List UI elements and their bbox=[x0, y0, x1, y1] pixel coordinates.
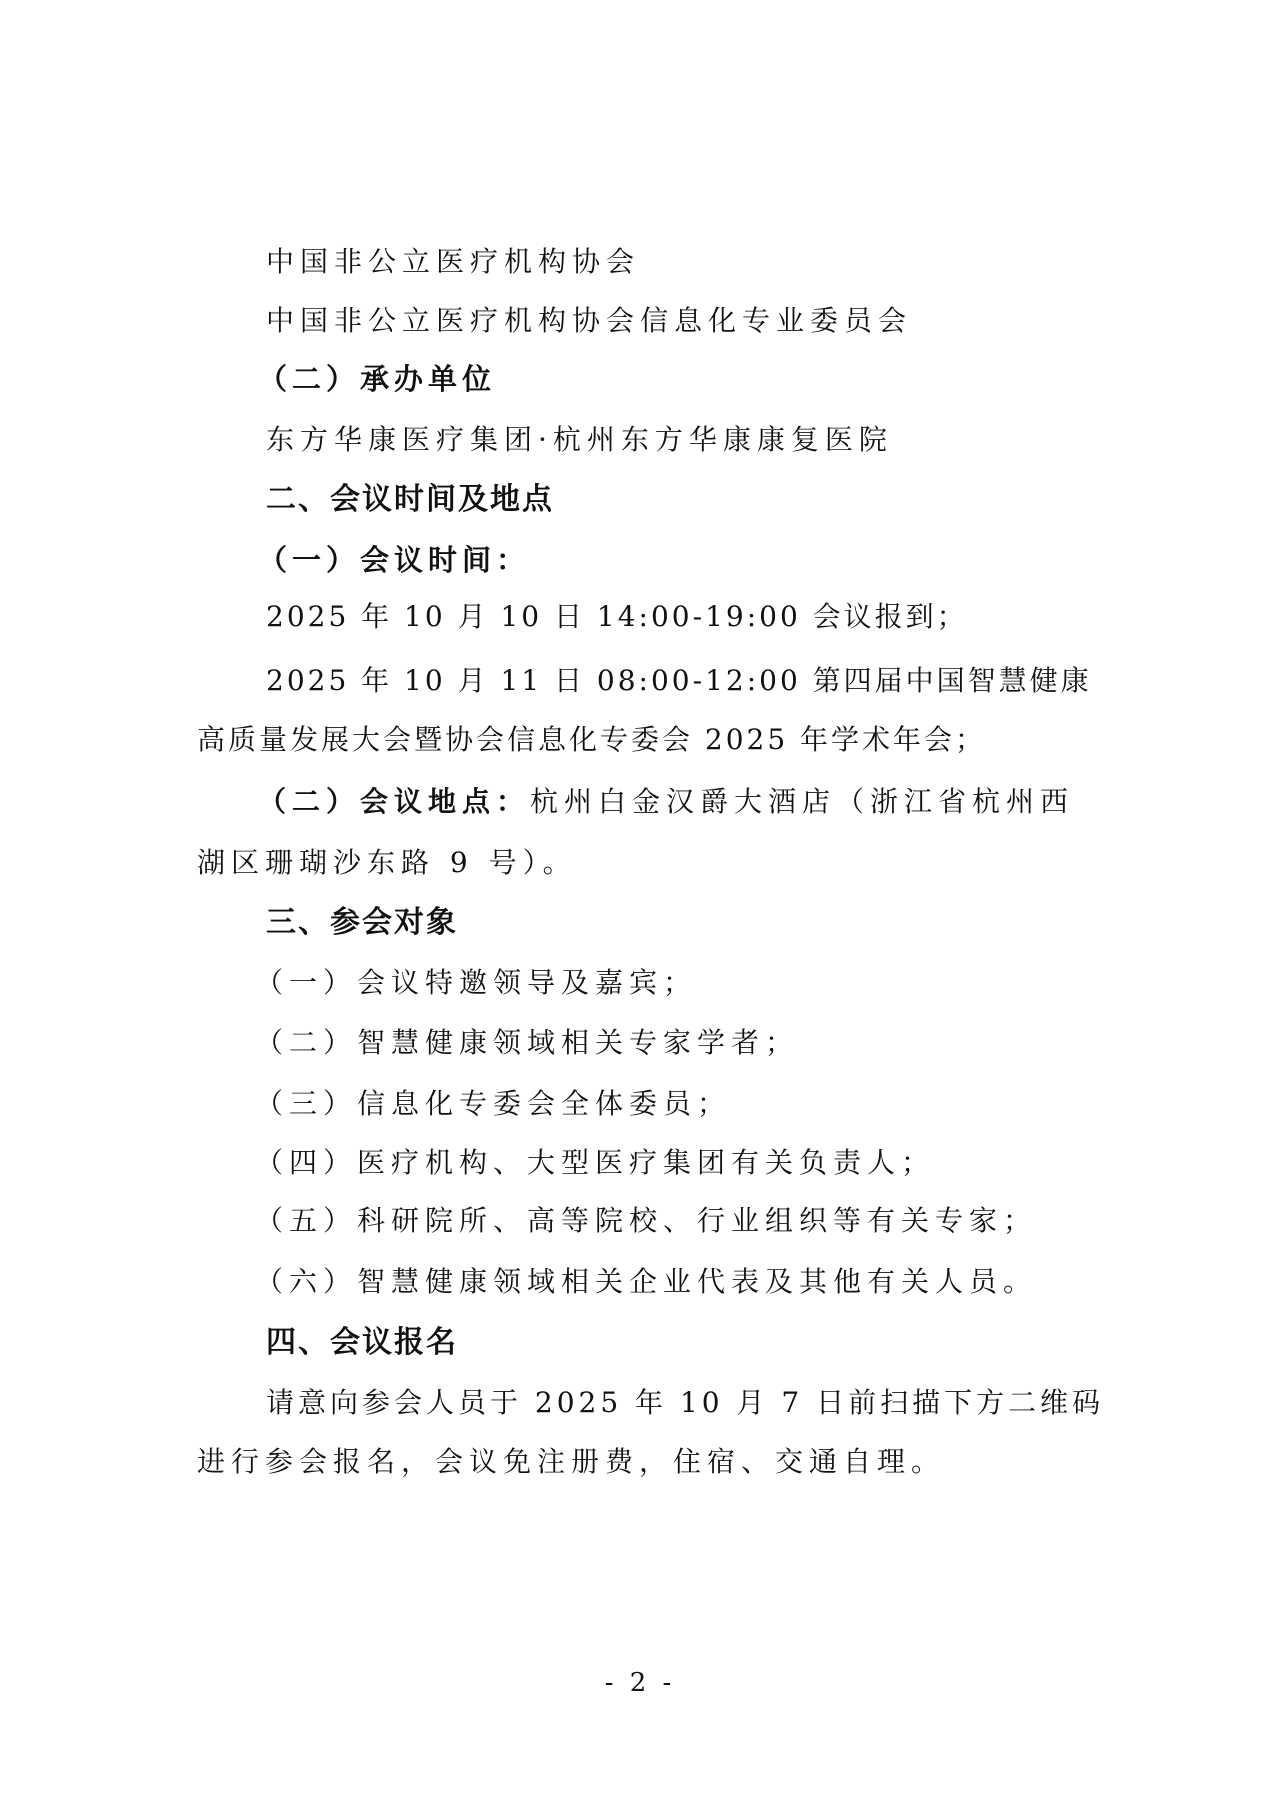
meeting-time-heading: （一）会议时间： bbox=[258, 540, 530, 580]
sponsor-line-1: 中国非公立医疗机构协会 bbox=[266, 242, 640, 282]
section2-heading: 二、会议时间及地点 bbox=[266, 480, 554, 520]
section4-heading: 四、会议报名 bbox=[266, 1323, 458, 1363]
attendee-item: （一）会议特邀领导及嘉宾； bbox=[255, 963, 697, 1003]
registration-paragraph-line-2: 进行参会报名，会议免注册费，住宿、交通自理。 bbox=[197, 1442, 945, 1482]
section3-heading: 三、参会对象 bbox=[266, 903, 458, 943]
meeting-venue-line-1: （二）会议地点：杭州白金汉爵大酒店（浙江省杭州西 bbox=[258, 782, 1074, 822]
registration-paragraph-line-1: 请意向参会人员于 2025 年 10 月 7 日前扫描下方二维码 bbox=[266, 1383, 1104, 1423]
attendee-item: （三）信息化专委会全体委员； bbox=[255, 1084, 731, 1124]
meeting-venue-text: 杭州白金汉爵大酒店（浙江省杭州西 bbox=[530, 785, 1074, 818]
meeting-venue-label: （二）会议地点： bbox=[258, 785, 530, 818]
attendee-item: （六）智慧健康领域相关企业代表及其他有关人员。 bbox=[255, 1262, 1037, 1302]
document-page: 中国非公立医疗机构协会 中国非公立医疗机构协会信息化专业委员会 （二）承办单位 … bbox=[0, 0, 1280, 1810]
meeting-time-entry-2-cont: 高质量发展大会暨协会信息化专委会 2025 年学术年会； bbox=[197, 720, 986, 760]
attendee-item: （五）科研院所、高等院校、行业组织等有关专家； bbox=[255, 1201, 1037, 1241]
meeting-time-entry-2: 2025 年 10 月 11 日 08:00-12:00 第四届中国智慧健康 bbox=[266, 661, 1092, 701]
meeting-venue-line-2: 湖区珊瑚沙东路 9 号）。 bbox=[197, 843, 577, 883]
sponsor-line-2: 中国非公立医疗机构协会信息化专业委员会 bbox=[266, 301, 912, 341]
organizer-heading: （二）承办单位 bbox=[258, 359, 496, 399]
meeting-time-entry-1: 2025 年 10 月 10 日 14:00-19:00 会议报到； bbox=[266, 597, 968, 637]
attendee-item: （四）医疗机构、大型医疗集团有关负责人； bbox=[255, 1143, 935, 1183]
attendee-item: （二）智慧健康领域相关专家学者； bbox=[255, 1023, 799, 1063]
page-number: - 2 - bbox=[0, 1668, 1280, 1698]
organizer-name: 东方华康医疗集团·杭州东方华康康复医院 bbox=[266, 420, 893, 460]
